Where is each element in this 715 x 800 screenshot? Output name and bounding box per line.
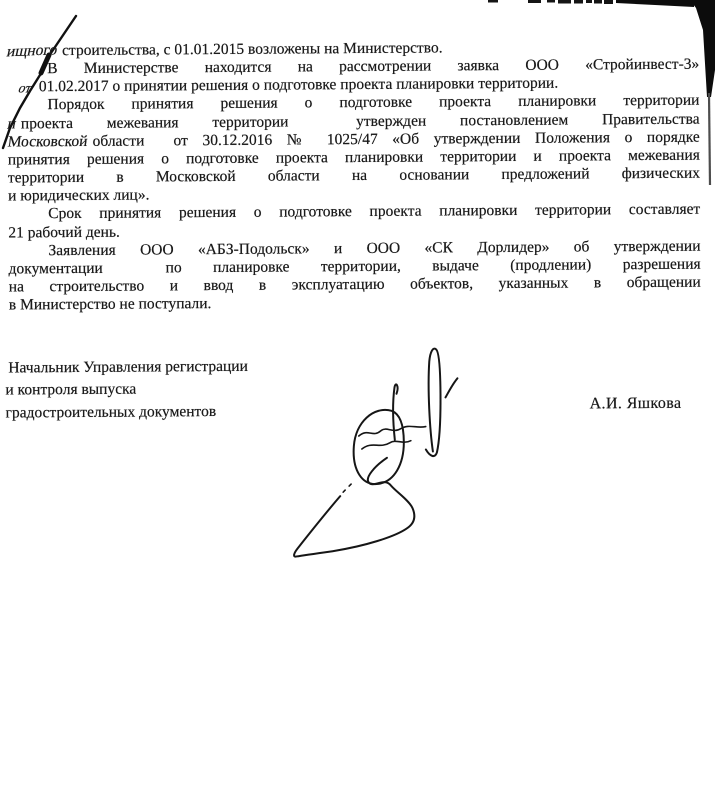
fold-distorted-word: ищного (5, 41, 59, 61)
signature-stroke (445, 378, 457, 397)
text-line-rest: территории в Московской области на основ… (8, 165, 700, 187)
document-content: ищногостроительства, с 01.01.2015 возлож… (0, 0, 715, 800)
text-line-rest: 01.02.2017 о принятии решения о подготов… (39, 75, 558, 96)
fold-distorted-word: Московской (7, 133, 89, 152)
text-line-rest: 21 рабочий день. (8, 223, 120, 241)
fold-distorted-word: от (15, 80, 35, 98)
signer-name: А.И. Яшкова (590, 395, 682, 414)
document-body: ищногостроительства, с 01.01.2015 возлож… (7, 38, 701, 315)
scanned-document-page: ищногостроительства, с 01.01.2015 возлож… (0, 0, 715, 800)
signer-title-line: градостроительных документов (6, 401, 249, 425)
signer-title-block: Начальник Управления регистрации и контр… (5, 356, 248, 425)
signature-stroke (343, 484, 351, 492)
fold-distorted-word: и (6, 115, 18, 134)
signer-title-line: Начальник Управления регистрации (5, 356, 248, 380)
text-line-rest: Срок принятия решения о подготовке проек… (48, 201, 700, 223)
signature-stroke (353, 410, 404, 484)
signature-autograph (271, 339, 473, 575)
signature-stroke (359, 426, 426, 436)
signer-title-line: и контроля выпуска (5, 378, 248, 402)
text-line-rest: на строительство и ввод в эксплуатацию о… (9, 274, 701, 296)
text-line: в Министерство не поступали. (9, 292, 701, 315)
text-line-rest: и юридических лиц». (8, 187, 149, 205)
text-line-rest: строительства, с 01.01.2015 возложены на… (62, 39, 443, 59)
text-line-rest: в Министерство не поступали. (9, 295, 212, 313)
signature-stroke (425, 349, 441, 457)
text-line-rest: В Министерстве находится на рассмотрении… (47, 56, 699, 78)
